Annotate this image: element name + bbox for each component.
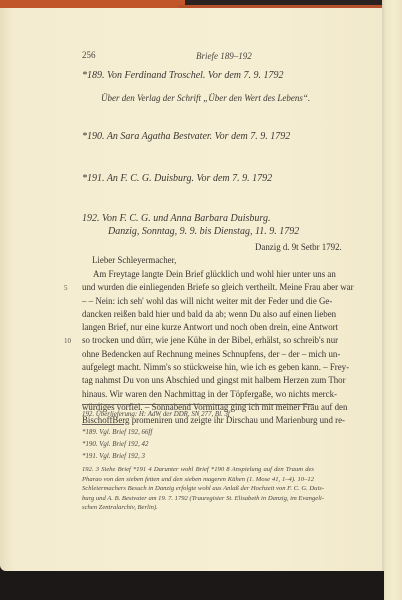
book-bottom-background <box>0 571 384 600</box>
entry-189-subtitle: Über den Verlag der Schrift „Über den We… <box>101 93 310 103</box>
transmission-note: 192. Überlieferung: H: AdW der DDR, SN 2… <box>82 411 230 418</box>
running-head: Briefe 189–192 <box>196 51 252 61</box>
entry-192-title: 192. Von F. C. G. und Anna Barbara Duisb… <box>82 213 270 224</box>
letter-line: – – Nein: ich seh' wohl das will nicht w… <box>82 295 318 308</box>
apparatus-divider <box>82 404 314 405</box>
note-line: schen Zentralarchiv, Berlin). <box>82 503 314 513</box>
note-line: Pharao von den sieben fetten und den sie… <box>82 475 314 485</box>
note-line: burg und A. B. Bestvater am 19. 7. 1792 … <box>82 494 314 504</box>
letter-line: hinaus. Wir waren den Nachmittag in der … <box>82 388 318 401</box>
entry-191-title: *191. An F. C. G. Duisburg. Vor dem 7. 9… <box>82 173 272 184</box>
facing-page-edge <box>382 0 402 600</box>
note-189: *189. Vgl. Brief 192, 66ff <box>82 429 152 436</box>
page-number: 256 <box>82 50 96 60</box>
letter-line: langen Brief, nur eine kurze Antwort und… <box>82 321 318 334</box>
line-number-5: 5 <box>64 284 68 292</box>
letter-line: aufgelegt macht. Nimm's so stückweise hi… <box>82 361 318 374</box>
letter-line: tag nahmst Du von uns Abschied und gings… <box>82 374 318 387</box>
notes-divider <box>82 424 124 425</box>
letter-line: Am Freytage langte Dein Brief glücklich … <box>82 268 318 281</box>
note-line: 192. 3 Siehe Brief *191 4 Darunter wohl … <box>82 465 314 475</box>
letter-line: so trocken und dürr, wie jene Kühe in de… <box>82 334 318 347</box>
note-191: *191. Vgl. Brief 192, 3 <box>82 453 145 460</box>
letter-line: und wurden die einliegenden Briefe so gl… <box>82 281 318 294</box>
entry-192-subtitle: Danzig, Sonntag, 9. 9. bis Dienstag, 11.… <box>108 226 299 237</box>
note-192-block: 192. 3 Siehe Brief *191 4 Darunter wohl … <box>82 465 314 513</box>
letter-salutation: Lieber Schleyermacher, <box>92 255 176 265</box>
letter-line: dancken reißen bald hier und bald da ab;… <box>82 308 318 321</box>
letter-line: ohne Bedencken auf Rechnung meines Schnu… <box>82 348 318 361</box>
entry-190-title: *190. An Sara Agatha Bestvater. Vor dem … <box>82 131 290 142</box>
letter-date: Danzig d. 9t Setbr 1792. <box>255 242 342 252</box>
note-line: Schleiermachers Besuch in Danzig erfolgt… <box>82 484 314 494</box>
note-190: *190. Vgl. Brief 192, 42 <box>82 441 148 448</box>
entry-189-title: *189. Von Ferdinand Troschel. Vor dem 7.… <box>82 70 283 81</box>
line-number-10: 10 <box>64 337 71 345</box>
